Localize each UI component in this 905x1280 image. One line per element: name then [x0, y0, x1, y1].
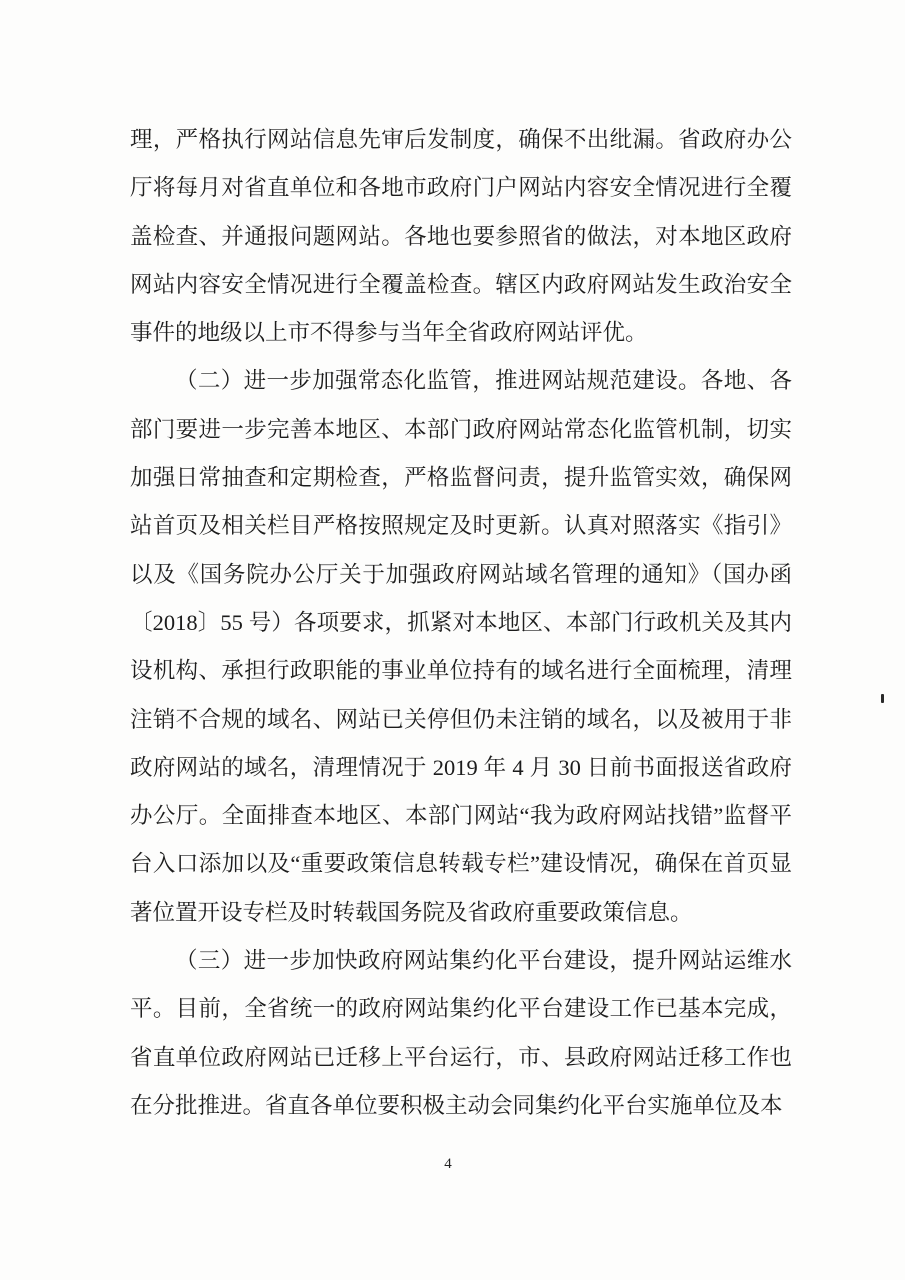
paragraph-section-three: （三）进一步加快政府网站集约化平台建设，提升网站运维水平。目前，全省统一的政府网…: [130, 937, 792, 1130]
paragraph-section-two: （二）进一步加强常态化监管，推进网站规范建设。各地、各部门要进一步完善本地区、本…: [130, 357, 792, 937]
document-body: 理，严格执行网站信息先审后发制度，确保不出纰漏。省政府办公厅将每月对省直单位和各…: [130, 116, 792, 1130]
page-number: 4: [438, 1156, 458, 1173]
document-page: 理，严格执行网站信息先审后发制度，确保不出纰漏。省政府办公厅将每月对省直单位和各…: [0, 0, 905, 1280]
paragraph-continuation: 理，严格执行网站信息先审后发制度，确保不出纰漏。省政府办公厅将每月对省直单位和各…: [130, 116, 792, 357]
scan-artifact-dot: [881, 694, 884, 703]
